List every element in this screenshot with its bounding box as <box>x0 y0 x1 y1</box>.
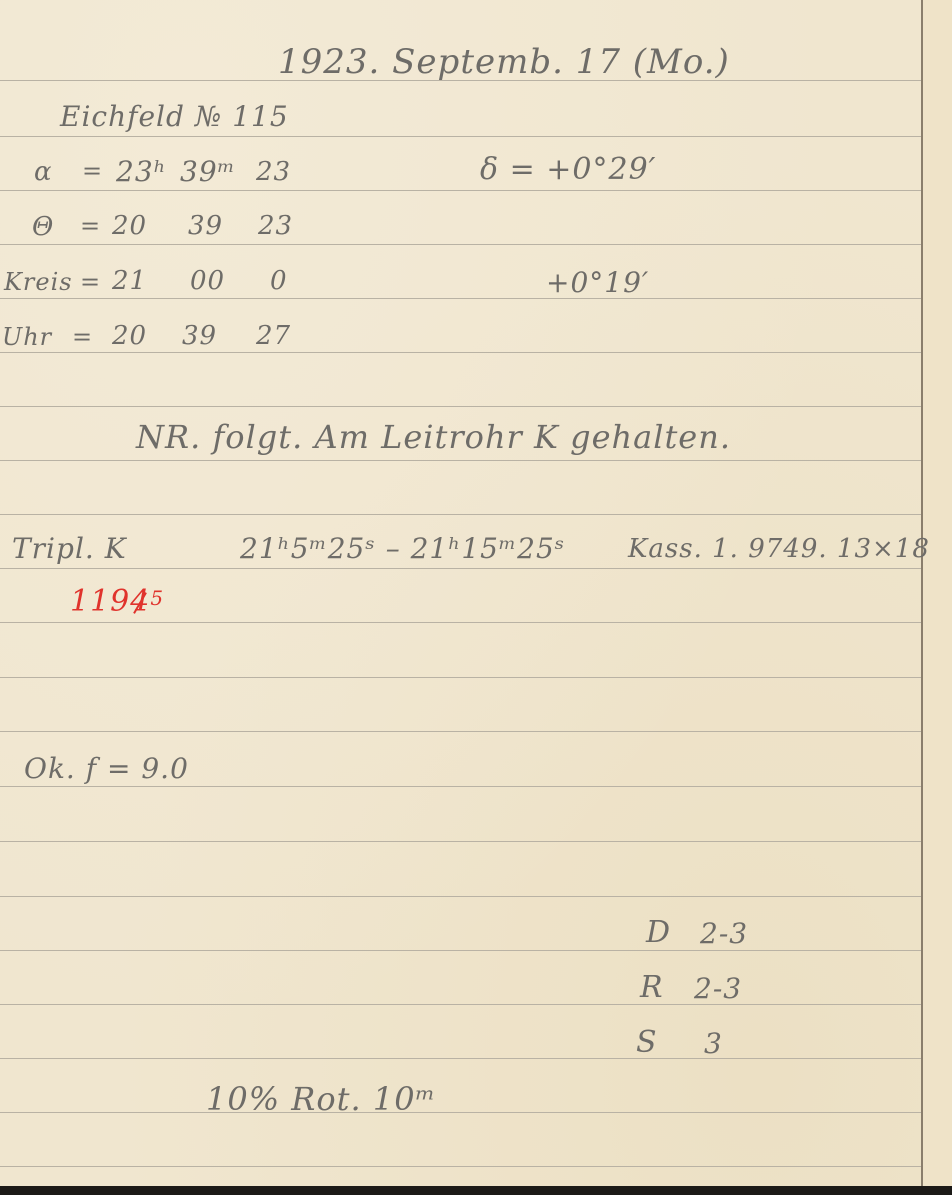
coord-label: Uhr <box>2 323 52 351</box>
ruled-line <box>0 1112 952 1113</box>
declination: δ = +0°29′ <box>480 152 656 187</box>
plate-holder: Kass. 1. 9749. 13×18 <box>628 534 930 564</box>
exposure-time-range: 21ʰ5ᵐ25ˢ – 21ʰ15ᵐ25ˢ <box>240 532 565 565</box>
rating-value: 2-3 <box>700 917 748 950</box>
facing-page-edge <box>923 0 952 1188</box>
ruled-line <box>0 950 952 951</box>
coord-m: 39ᵐ <box>180 155 236 188</box>
coord-h: 20 <box>112 321 147 351</box>
ruled-line <box>0 1058 952 1059</box>
ruled-line <box>0 460 952 461</box>
coord-s: 0 <box>270 266 288 296</box>
rating-symbol: D <box>646 915 671 950</box>
declination-secondary: +0°19′ <box>546 266 649 299</box>
ruled-line <box>0 1004 952 1005</box>
ruled-line <box>0 298 952 299</box>
ruled-line <box>0 896 952 897</box>
coord-label: α <box>34 157 53 187</box>
coord-m: 00 <box>190 266 225 296</box>
coord-label: Θ <box>32 212 54 242</box>
rating-symbol: R <box>640 970 664 1005</box>
plate-number: 119 <box>70 584 130 619</box>
crossed-digit: 4 <box>130 584 150 619</box>
ruled-line <box>0 677 952 678</box>
guiding-note: NR. folgt. Am Leitrohr K gehalten. <box>136 418 731 456</box>
eyepiece-note: Ok. f = 9.0 <box>24 752 189 785</box>
rating-value: 2-3 <box>694 972 742 1005</box>
coord-eq: = <box>82 157 103 185</box>
coord-eq: = <box>80 268 101 296</box>
ruled-line <box>0 786 952 787</box>
coord-s: 23 <box>258 211 293 241</box>
coord-s: 27 <box>256 321 291 351</box>
page-bottom-edge <box>0 1186 952 1195</box>
ruled-line <box>0 136 952 137</box>
coord-s: 23 <box>256 157 291 187</box>
coord-m: 39 <box>182 321 217 351</box>
ruled-line <box>0 568 952 569</box>
ruled-line <box>0 190 952 191</box>
ruled-line <box>0 514 952 515</box>
date-header: 1923. Septemb. 17 (Mo.) <box>278 42 730 82</box>
notebook-page: 1923. Septemb. 17 (Mo.) Eichfeld № 115 α… <box>0 0 952 1188</box>
filter-note: 10% Rot. 10ᵐ <box>206 1080 436 1118</box>
coord-label: Kreis <box>4 268 73 296</box>
coord-eq: = <box>72 323 93 351</box>
rating-value: 3 <box>704 1027 723 1060</box>
coord-h: 20 <box>112 211 147 241</box>
ruled-line <box>0 622 952 623</box>
plate-suffix: 5 <box>150 586 164 610</box>
coord-eq: = <box>80 212 101 240</box>
ruled-line <box>0 244 952 245</box>
page-fold-line <box>921 0 923 1188</box>
rating-symbol: S <box>636 1025 658 1060</box>
coord-h: 21 <box>112 266 147 296</box>
ruled-line <box>0 352 952 353</box>
plate-number-red: 11945 <box>70 584 164 619</box>
ruled-line <box>0 406 952 407</box>
field-label: Eichfeld № 115 <box>60 100 289 133</box>
coord-h: 23ʰ <box>116 155 167 188</box>
ruled-line <box>0 731 952 732</box>
exposure-label: Tripl. K <box>12 532 127 565</box>
coord-m: 39 <box>188 211 223 241</box>
ruled-line <box>0 1166 952 1167</box>
ruled-line <box>0 841 952 842</box>
